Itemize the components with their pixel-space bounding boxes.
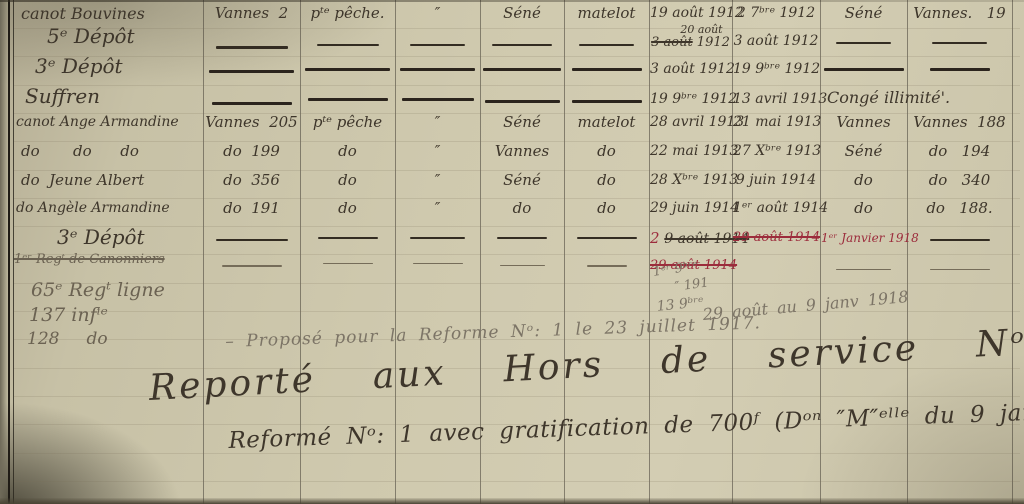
row-3e-depot-2-col1 [204,239,299,241]
blank-dash [836,269,891,270]
ledger-page: canot BouvinesVannes 2pᵗᵉ pêche.″Sénémat… [0,0,1024,504]
row-angele-armandine-col7: 1ᵉʳ août 1914 [733,201,819,216]
row-ange-armandine-col1: Vannes 205 [204,115,299,131]
blank-dash [222,265,282,267]
row-3e-depot-col4 [481,68,563,71]
row-suffren-col3 [396,98,479,101]
row-jeune-albert-col5: do [565,173,648,189]
blank-dash [308,98,388,101]
row-3e-depot-col0: 3ᵉ Dépôt [35,56,224,77]
row-canot-bouvines-col3: ″ [396,6,479,22]
row-do-do-do-col5: do [565,144,648,160]
row-ange-armandine-col4: Séné [481,115,563,131]
row-angele-armandine-col2: do [301,201,394,217]
row-5e-depot-col0: 5ᵉ Dépôt [47,26,236,47]
row-137-inf-col0: 137 infⁱᵉ [29,306,218,326]
column-rule [1012,0,1013,504]
row-3e-depot-col1 [204,70,299,73]
pencil-date-2: ″ 191 [674,275,710,295]
row-suffren-col5 [565,100,648,103]
blank-dash [836,42,891,44]
row-5e-depot-col2 [301,44,394,46]
row-canot-bouvines-col0: canot Bouvines [21,6,210,23]
row-jeune-albert-col2: do [301,173,394,189]
row-5e-depot-col5 [565,44,648,46]
row-regt-canonniers-col5 [565,265,648,267]
row-canot-bouvines-col7: 2 7ᵇʳᵉ 1912 [733,6,819,21]
row-jeune-albert-col1: do 356 [204,173,299,189]
row-jeune-albert-col3: ″ [396,173,479,189]
blank-dash [930,68,990,71]
blank-dash [413,263,463,264]
page-left-border-inner [13,0,14,504]
row-suffren-col2 [301,98,394,101]
row-angele-armandine-col8: do [821,201,906,217]
row-guide-line [14,453,1020,454]
row-angele-armandine-col6: 29 juin 1914 [650,201,731,216]
row-jeune-albert-col7: 9 juin 1914 [733,173,819,188]
row-canot-bouvines-col2: pᵗᵉ pêche. [301,6,394,22]
blank-dash [209,70,294,73]
row-jeune-albert-col6: 28 Xᵇʳᵉ 1913 [650,173,731,188]
row-65e-regt-col0: 65ᵉ Regᵗ ligne [31,281,220,301]
row-regt-canonniers-col9 [908,269,1011,270]
row-128-do-col0: 128 do [27,331,216,349]
row-angele-armandine-col9: do 188. [908,201,1011,217]
row-angele-armandine-col4: do [481,201,563,217]
row-jeune-albert-col9: do 340 [908,173,1011,189]
row-do-do-do-col9: do 194 [908,144,1011,160]
row-do-do-do-col2: do [301,144,394,160]
row-canot-bouvines-col8: Séné [821,6,906,22]
page-left-border [8,0,10,504]
row-suffren-col4 [481,100,563,103]
row-angele-armandine-col1: do 191 [204,201,299,217]
row-ange-armandine-col7: 21 mai 1913 [733,115,819,130]
row-do-do-do-col6: 22 mai 1913 [650,144,731,159]
row-ange-armandine-col5: matelot [565,115,648,131]
row-5e-depot-col8 [821,42,906,44]
row-5e-depot-col3 [396,44,479,46]
row-3e-depot-2-col8: 1ᵉʳ Janvier 1918 [821,232,906,245]
row-canot-bouvines-col9: Vannes. 19 [908,6,1011,22]
blank-dash [577,237,637,239]
row-3e-depot-2-col0: 3ᵉ Dépôt [57,227,246,248]
row-regt-canonniers-col0: 1ᵉʳ Regᵗ de Canonniers [14,253,203,267]
row-3e-depot-col2 [301,68,394,71]
blank-dash [410,237,465,239]
row-3e-depot-col7: 19 9ᵇʳᵉ 1912 [733,62,819,77]
row-3e-depot-2-col4 [481,237,563,239]
row-do-do-do-col4: Vannes [481,144,563,160]
row-3e-depot-col8 [821,68,906,71]
row-5e-depot-col1 [204,46,299,49]
row-jeune-albert-col4: Séné [481,173,563,189]
blank-dash [824,68,904,71]
blank-dash [485,100,560,103]
blank-dash [216,239,288,241]
cell-text-part: 3 août [651,35,693,50]
row-canot-bouvines-col6: 19 août 1912 [650,6,731,21]
row-canot-bouvines-col1: Vannes 2 [204,6,299,22]
row-ange-armandine-col0: canot Ange Armandine [16,115,205,130]
blank-dash [317,44,379,46]
blank-dash [216,46,288,49]
blank-dash [930,239,990,241]
row-3e-depot-col6: 3 août 1912 [650,62,731,77]
row-ange-armandine-col3: ″ [396,115,479,131]
row-suffren-col6: 19 9ᵇʳᵉ 1912 [650,92,731,107]
row-suffren-col1 [204,102,299,105]
row-suffren-col8: Congé illimité'. [827,90,1017,107]
row-3e-depot-col9 [908,68,1011,71]
row-regt-canonniers-col3 [396,263,479,264]
row-5e-depot-col7: 3 août 1912 [733,34,819,49]
blank-dash [492,44,552,46]
blank-dash [572,100,642,103]
row-angele-armandine-col3: ″ [396,201,479,217]
row-regt-canonniers-col2 [301,263,394,264]
row-5e-depot-col4 [481,44,563,46]
row-3e-depot-2-col6: 2 9 août 1914 [650,231,731,247]
blank-dash [402,98,474,101]
cell-text-part: 2 [650,229,664,247]
blank-dash [323,263,373,264]
blank-dash [212,102,292,105]
row-do-do-do-col7: 27 Xᵇʳᵉ 1913 [733,144,819,159]
blank-dash [483,68,561,71]
row-regt-canonniers-col4 [481,265,563,266]
blank-dash [305,68,390,71]
row-3e-depot-2-col3 [396,237,479,239]
row-5e-depot-col9 [908,42,1011,44]
row-3e-depot-2-col5 [565,237,648,239]
page-bottom-edge [0,498,1024,504]
row-regt-canonniers-col8 [821,269,906,270]
blank-dash [932,42,987,44]
row-canot-bouvines-col5: matelot [565,6,648,22]
blank-dash [587,265,627,267]
row-jeune-albert-col8: do [821,173,906,189]
blank-dash [318,237,378,239]
row-angele-armandine-col0: do Angèle Armandine [16,201,205,216]
row-suffren-col0: Suffren [25,86,214,107]
row-guide-line [14,481,1020,482]
page-left-margin-shade [0,0,8,504]
row-do-do-do-col3: ″ [396,144,479,160]
blank-dash [500,265,545,266]
blank-dash [930,269,990,270]
page-top-edge [0,0,1024,2]
row-do-do-do-col1: do 199 [204,144,299,160]
blank-dash [572,68,642,71]
row-ange-armandine-col2: pᵗᵉ pêche [301,115,394,131]
row-angele-armandine-col5: do [565,201,648,217]
row-ange-armandine-col9: Vannes 188 [908,115,1011,131]
row-3e-depot-2-col2 [301,237,394,239]
row-ange-armandine-col6: 28 avril 1913 [650,115,731,130]
row-3e-depot-col3 [396,68,479,71]
blank-dash [400,68,475,71]
blank-dash [579,44,634,46]
cell-text-part: 1912 [693,35,730,50]
row-3e-depot-2-col9 [908,239,1011,241]
cell-line: 3 août 1912 [650,36,731,50]
row-jeune-albert-col0: do Jeune Albert [21,173,210,189]
row-ange-armandine-col8: Vannes [821,115,906,131]
note-reforme: Reformé Nᵒ: 1 avec gratification de 700ᶠ… [228,399,1024,454]
row-3e-depot-col5 [565,68,648,71]
row-3e-depot-2-col7: 29 août 1914 [733,231,819,245]
blank-dash [410,44,465,46]
row-suffren-col7: 13 avril 1913 [733,92,819,107]
row-do-do-do-col8: Séné [821,144,906,160]
row-do-do-do-col0: do do do [21,144,210,160]
row-regt-canonniers-col1 [204,265,299,267]
blank-dash [497,237,547,239]
row-canot-bouvines-col4: Séné [481,6,563,22]
row-5e-depot-col6: 20 août3 août 1912 [650,24,731,49]
